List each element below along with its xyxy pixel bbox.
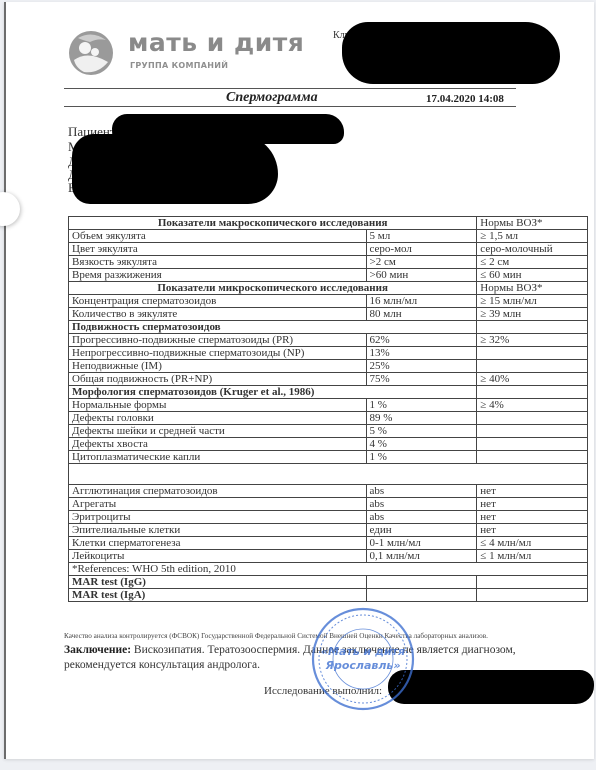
subsection-row: Подвижность сперматозоидов: [69, 321, 588, 334]
parameter-name: Дефекты головки: [69, 412, 367, 425]
parameter-norm: ≤ 60 мин: [477, 269, 588, 282]
parameter-value: 25%: [366, 360, 477, 373]
parameter-norm: ≥ 32%: [477, 334, 588, 347]
table-row: Клетки сперматогенеза0-1 млн/мл≤ 4 млн/м…: [69, 537, 588, 550]
parameter-name: Агрегаты: [69, 498, 367, 511]
clinic-stamp-icon: «Мать и дитя Ярославль»: [308, 607, 418, 712]
table-row: Агглютинация сперматозоидовabsнет: [69, 485, 588, 498]
mar-test-value: [366, 576, 477, 589]
table-row: Количество в эякуляте80 млн≥ 39 млн: [69, 308, 588, 321]
redaction-clinic: [342, 22, 560, 84]
parameter-norm: серо-молочный: [477, 243, 588, 256]
parameter-norm: [477, 360, 588, 373]
table-row: Дефекты шейки и средней части5 %: [69, 425, 588, 438]
parameter-norm: ≥ 1,5 мл: [477, 230, 588, 243]
table-row: Вязкость эякулята>2 см≤ 2 см: [69, 256, 588, 269]
parameter-name: Общая подвижность (PR+NP): [69, 373, 367, 386]
mother-child-logo-icon: [68, 30, 114, 76]
table-row: Дефекты хвоста4 %: [69, 438, 588, 451]
parameter-norm: нет: [477, 524, 588, 537]
parameter-norm: ≥ 40%: [477, 373, 588, 386]
document-title: Спермограмма: [226, 90, 318, 106]
parameter-norm: ≥ 39 млн: [477, 308, 588, 321]
subsection-row: Морфология сперматозоидов (Kruger et al.…: [69, 386, 588, 399]
parameter-value: abs: [366, 485, 477, 498]
parameter-value: 80 млн: [366, 308, 477, 321]
redaction-patient-b: [72, 134, 278, 204]
parameter-value: 75%: [366, 373, 477, 386]
conclusion-label: Заключение:: [64, 644, 131, 656]
parameter-value: 0-1 млн/мл: [366, 537, 477, 550]
parameter-value: 5 %: [366, 425, 477, 438]
redaction-signature: [388, 670, 594, 704]
table-row: Нормальные формы1 %≥ 4%: [69, 399, 588, 412]
section-header-row: Показатели микроскопического исследовани…: [69, 282, 588, 295]
section-header-row: Показатели макроскопического исследовани…: [69, 217, 588, 230]
results-table: Показатели макроскопического исследовани…: [68, 216, 588, 602]
parameter-norm: [477, 412, 588, 425]
parameter-name: Агглютинация сперматозоидов: [69, 485, 367, 498]
parameter-name: Нормальные формы: [69, 399, 367, 412]
parameter-name: Дефекты хвоста: [69, 438, 367, 451]
table-row: Неподвижные (IM)25%: [69, 360, 588, 373]
mar-test-value: [366, 589, 477, 602]
parameter-norm: [477, 438, 588, 451]
spacer-row: [69, 464, 588, 485]
parameter-value: 1 %: [366, 399, 477, 412]
table-row: Общая подвижность (PR+NP)75%≥ 40%: [69, 373, 588, 386]
mar-test-norm: [477, 589, 588, 602]
parameter-norm: ≤ 1 млн/мл: [477, 550, 588, 563]
parameter-name: Время разжижения: [69, 269, 367, 282]
section-title: Показатели макроскопического исследовани…: [69, 217, 477, 230]
parameter-norm: [477, 451, 588, 464]
quality-note: Качество анализа контролируется (ФСВОК) …: [64, 632, 488, 640]
table-row: Цвет эякулятасеро-молсеро-молочный: [69, 243, 588, 256]
norms-header: Нормы ВОЗ*: [477, 217, 588, 230]
logo-subtitle: ГРУППА КОМПАНИЙ: [130, 61, 228, 70]
parameter-name: Эпителиальные клетки: [69, 524, 367, 537]
table-row: MAR test (IgA): [69, 589, 588, 602]
parameter-norm: [477, 425, 588, 438]
parameter-name: Лейкоциты: [69, 550, 367, 563]
parameter-name: Клетки сперматогенеза: [69, 537, 367, 550]
logo-name: мать и дитя: [128, 28, 304, 57]
references-row: *References: WHO 5th edition, 2010: [69, 563, 588, 576]
mar-test-name: MAR test (IgA): [69, 589, 367, 602]
parameter-value: >60 мин: [366, 269, 477, 282]
parameter-norm: ≥ 15 млн/мл: [477, 295, 588, 308]
parameter-value: 0,1 млн/мл: [366, 550, 477, 563]
section-title: Показатели микроскопического исследовани…: [69, 282, 477, 295]
parameter-name: Непрогрессивно-подвижные сперматозоиды (…: [69, 347, 367, 360]
table-row: Объем эякулята5 мл≥ 1,5 мл: [69, 230, 588, 243]
table-row: Концентрация сперматозоидов16 млн/мл≥ 15…: [69, 295, 588, 308]
parameter-value: 89 %: [366, 412, 477, 425]
parameter-value: 62%: [366, 334, 477, 347]
parameter-value: 13%: [366, 347, 477, 360]
conclusion-text: Вискозипатия. Тератозооспермия. Данное з…: [64, 644, 516, 671]
parameter-value: 5 мл: [366, 230, 477, 243]
parameter-value: 1 %: [366, 451, 477, 464]
document-datetime: 17.04.2020 14:08: [426, 93, 504, 105]
header-rule-top: [64, 88, 516, 89]
parameter-value: един: [366, 524, 477, 537]
table-row: Эпителиальные клеткиединнет: [69, 524, 588, 537]
references-note: *References: WHO 5th edition, 2010: [69, 563, 588, 576]
parameter-norm: [477, 347, 588, 360]
parameter-name: Объем эякулята: [69, 230, 367, 243]
parameter-value: 4 %: [366, 438, 477, 451]
table-row: MAR test (IgG): [69, 576, 588, 589]
norm-cell: [477, 386, 588, 399]
parameter-norm: ≥ 4%: [477, 399, 588, 412]
parameter-value: >2 см: [366, 256, 477, 269]
parameter-name: Цитоплазматические капли: [69, 451, 367, 464]
document-page: мать и дитя ГРУППА КОМПАНИЙ Клини Спермо…: [4, 2, 594, 759]
parameter-value: abs: [366, 498, 477, 511]
table-row: Время разжижения>60 мин≤ 60 мин: [69, 269, 588, 282]
parameter-norm: нет: [477, 498, 588, 511]
table-row: Лейкоциты0,1 млн/мл≤ 1 млн/мл: [69, 550, 588, 563]
mar-test-norm: [477, 576, 588, 589]
subsection-title: Морфология сперматозоидов (Kruger et al.…: [69, 386, 477, 399]
table-row: Эритроцитыabsнет: [69, 511, 588, 524]
table-row: Цитоплазматические капли1 %: [69, 451, 588, 464]
parameter-name: Концентрация сперматозоидов: [69, 295, 367, 308]
table-row: Агрегатыabsнет: [69, 498, 588, 511]
table-row: Непрогрессивно-подвижные сперматозоиды (…: [69, 347, 588, 360]
parameter-norm: ≤ 4 млн/мл: [477, 537, 588, 550]
norm-cell: [477, 321, 588, 334]
spacer-cell: [69, 464, 588, 485]
parameter-name: Дефекты шейки и средней части: [69, 425, 367, 438]
mar-test-name: MAR test (IgG): [69, 576, 367, 589]
table-row: Прогрессивно-подвижные сперматозоиды (PR…: [69, 334, 588, 347]
parameter-name: Цвет эякулята: [69, 243, 367, 256]
parameter-value: abs: [366, 511, 477, 524]
parameter-name: Вязкость эякулята: [69, 256, 367, 269]
parameter-norm: нет: [477, 485, 588, 498]
clinic-logo: мать и дитя ГРУППА КОМПАНИЙ: [68, 30, 308, 80]
parameter-name: Количество в эякуляте: [69, 308, 367, 321]
svg-text:Ярославль»: Ярославль»: [324, 659, 400, 672]
parameter-value: серо-мол: [366, 243, 477, 256]
parameter-name: Прогрессивно-подвижные сперматозоиды (PR…: [69, 334, 367, 347]
svg-text:«Мать и дитя: «Мать и дитя: [321, 645, 405, 658]
subsection-title: Подвижность сперматозоидов: [69, 321, 477, 334]
table-row: Дефекты головки89 %: [69, 412, 588, 425]
parameter-name: Эритроциты: [69, 511, 367, 524]
redaction-patient-c: [206, 114, 302, 136]
parameter-name: Неподвижные (IM): [69, 360, 367, 373]
parameter-norm: нет: [477, 511, 588, 524]
norms-header: Нормы ВОЗ*: [477, 282, 588, 295]
header-rule-bottom: [64, 106, 516, 107]
parameter-value: 16 млн/мл: [366, 295, 477, 308]
parameter-norm: ≤ 2 см: [477, 256, 588, 269]
